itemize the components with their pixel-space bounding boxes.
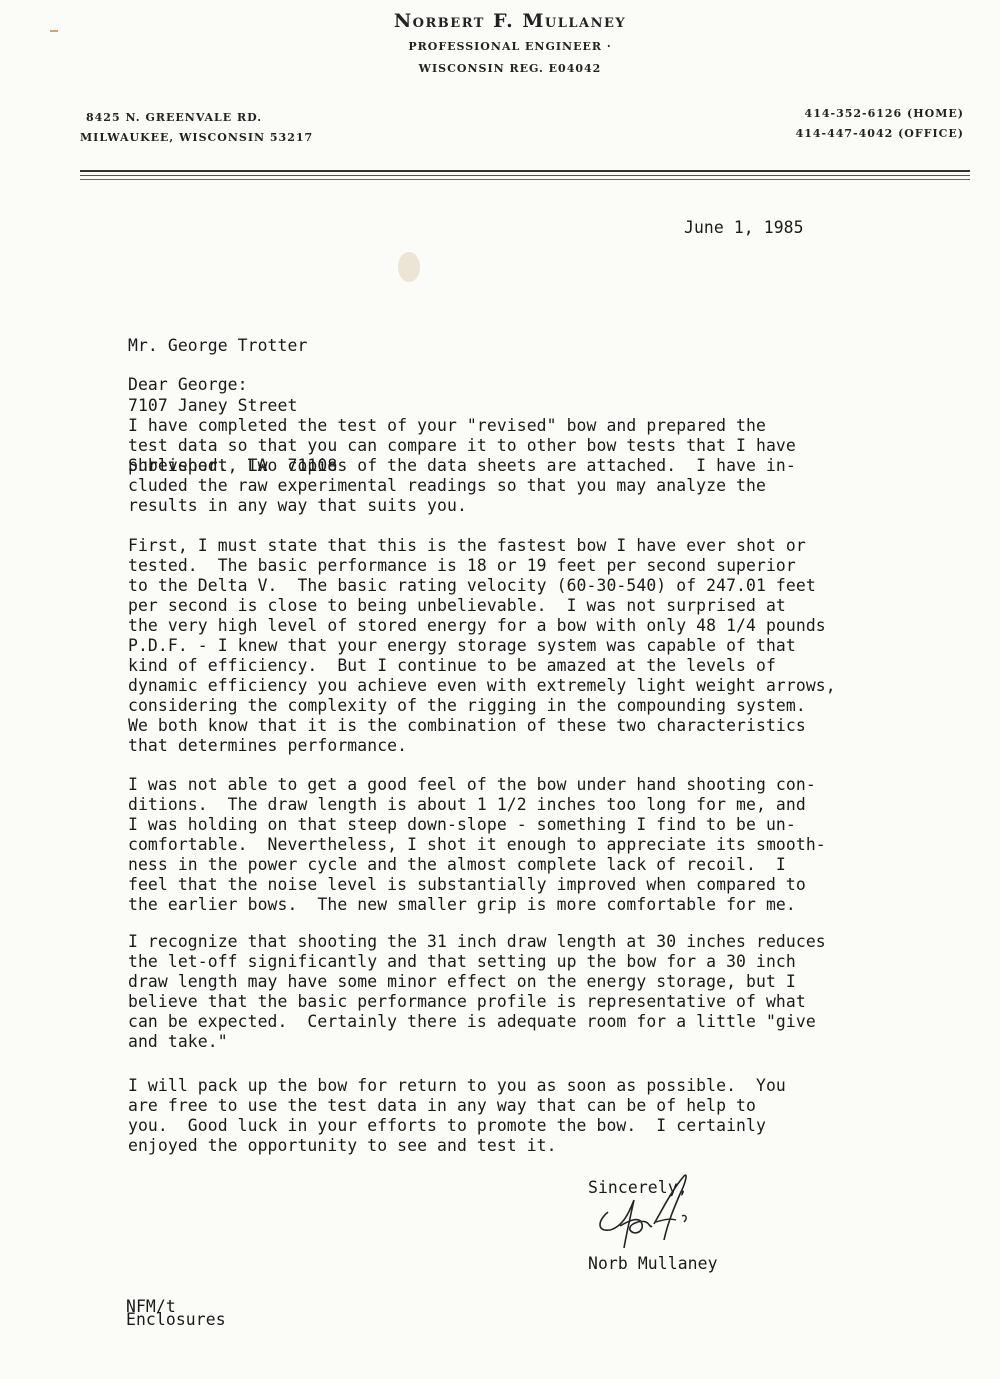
salutation: Dear George: bbox=[128, 375, 248, 395]
paper-stain bbox=[398, 252, 420, 282]
handwritten-signature bbox=[590, 1170, 750, 1260]
address-line-2: MILWAUKEE, WISCONSIN 53217 bbox=[80, 128, 313, 148]
letterhead-address: 8425 N. GREENVALE RD. MILWAUKEE, WISCONS… bbox=[80, 108, 313, 148]
body-paragraph: I was not able to get a good feel of the… bbox=[128, 775, 826, 915]
recipient-line: 7107 Janey Street bbox=[128, 396, 337, 416]
signature-name: Norb Mullaney bbox=[588, 1254, 718, 1274]
phone-home: 414-352-6126 (HOME) bbox=[796, 104, 964, 124]
enclosures-note: Enclosures bbox=[126, 1310, 226, 1330]
recipient-line: Mr. George Trotter bbox=[128, 336, 337, 356]
body-paragraph: I recognize that shooting the 31 inch dr… bbox=[128, 932, 826, 1052]
phone-office: 414-447-4042 (OFFICE) bbox=[796, 124, 964, 144]
letter-date: June 1, 1985 bbox=[684, 218, 804, 238]
letterhead-divider bbox=[80, 179, 970, 180]
body-paragraph: First, I must state that this is the fas… bbox=[128, 536, 836, 756]
letterhead-divider bbox=[80, 170, 970, 172]
body-paragraph: I will pack up the bow for return to you… bbox=[128, 1076, 786, 1156]
body-paragraph: I have completed the test of your "revis… bbox=[128, 416, 796, 516]
letterhead-registration: WISCONSIN REG. E04042 bbox=[0, 62, 1000, 75]
letterhead-name: Norbert F. Mullaney bbox=[0, 10, 1000, 32]
letterhead-phones: 414-352-6126 (HOME) 414-447-4042 (OFFICE… bbox=[796, 104, 964, 144]
address-line-1: 8425 N. GREENVALE RD. bbox=[80, 108, 313, 128]
letterhead-title: PROFESSIONAL ENGINEER · bbox=[0, 40, 1000, 53]
letterhead-divider bbox=[80, 175, 970, 176]
